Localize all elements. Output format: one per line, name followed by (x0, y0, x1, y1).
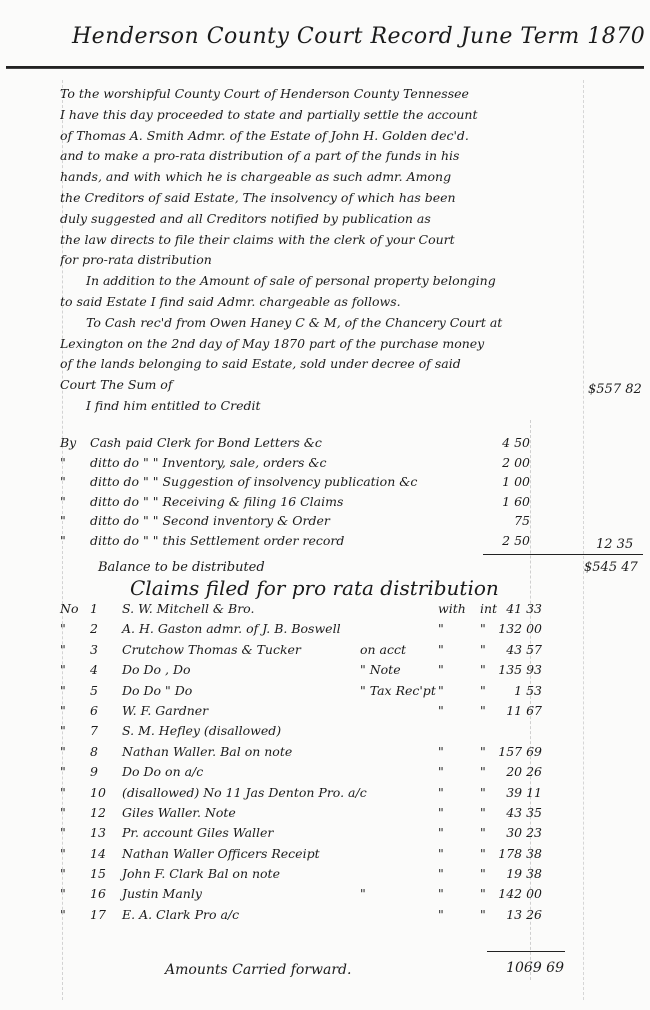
petition-line: the law directs to file their claims wit… (60, 230, 595, 251)
credit-row: " ditto do " " this Settlement order rec… (60, 533, 590, 553)
claim-row: "4Do Do , Do" Note""135 93 (60, 662, 590, 682)
claim-row: "9Do Do on a/c""20 26 (60, 764, 590, 784)
petition-line: Lexington on the 2nd day of May 1870 par… (60, 334, 595, 355)
balance-label: Balance to be distributed (98, 560, 265, 575)
claim-row: "5Do Do " Do" Tax Rec'pt""1 53 (60, 683, 590, 703)
header-double-rule (6, 66, 644, 69)
claim-row: "6W. F. Gardner""11 67 (60, 703, 590, 723)
credit-row: " ditto do " " Inventory, sale, orders &… (60, 455, 590, 475)
credits-intro: I find him entitled to Credit (60, 396, 595, 417)
petition-line: I have this day proceeded to state and p… (60, 105, 595, 126)
charge-total: $557 82 (588, 382, 642, 397)
claim-row: "16Justin Manly"""142 00 (60, 886, 590, 906)
claims-sum-rule (487, 951, 565, 952)
credit-row: " ditto do " " Second inventory & Order … (60, 513, 590, 533)
petition-line: to said Estate I find said Admr. chargea… (60, 292, 595, 313)
sum-rule (483, 554, 643, 555)
petition-line: To Cash rec'd from Owen Haney C & M, of … (60, 313, 595, 334)
petition-line: To the worshipful County Court of Hender… (60, 84, 595, 105)
claim-row: "2A. H. Gaston admr. of J. B. Boswell""1… (60, 621, 590, 641)
record-title: Henderson County Court Record June Term … (72, 24, 645, 49)
claim-row: "3Crutchow Thomas & Tuckeron acct""43 57 (60, 642, 590, 662)
claim-row: "7S. M. Hefley (disallowed) (60, 723, 590, 743)
claim-row: No1S. W. Mitchell & Bro.withint41 33 (60, 601, 590, 621)
claim-row: "17E. A. Clark Pro a/c""13 26 (60, 907, 590, 927)
petition-line: Court The Sum of (60, 375, 595, 396)
petition-line: and to make a pro-rata distribution of a… (60, 146, 595, 167)
claims-heading: Claims filed for pro rata distribution (130, 576, 499, 600)
claim-row: "13Pr. account Giles Waller""30 23 (60, 825, 590, 845)
credit-row: By Cash paid Clerk for Bond Letters &c 4… (60, 435, 590, 455)
claim-row: "10(disallowed) No 11 Jas Denton Pro. a/… (60, 785, 590, 805)
claim-row: "12Giles Waller. Note""43 35 (60, 805, 590, 825)
page-header: Henderson County Court Record June Term … (0, 0, 650, 72)
claim-row: "14Nathan Waller Officers Receipt""178 3… (60, 846, 590, 866)
petition-line: the Creditors of said Estate, The insolv… (60, 188, 595, 209)
credits-table: By Cash paid Clerk for Bond Letters &c 4… (60, 435, 590, 552)
credit-total: 12 35 (596, 537, 633, 552)
claim-row: "15John F. Clark Bal on note""19 38 (60, 866, 590, 886)
credit-row: " ditto do " " Suggestion of insolvency … (60, 474, 590, 494)
carried-forward-label: Amounts Carried forward. (165, 962, 351, 978)
credit-row: " ditto do " " Receiving & filing 16 Cla… (60, 494, 590, 514)
petition-text: To the worshipful County Court of Hender… (60, 84, 595, 417)
petition-line: of Thomas A. Smith Admr. of the Estate o… (60, 126, 595, 147)
claims-table: No1S. W. Mitchell & Bro.withint41 33 "2A… (60, 601, 590, 927)
petition-line: duly suggested and all Creditors notifie… (60, 209, 595, 230)
claim-row: "8Nathan Waller. Bal on note""157 69 (60, 744, 590, 764)
petition-line: hands, and with which he is chargeable a… (60, 167, 595, 188)
petition-line: In addition to the Amount of sale of per… (60, 271, 595, 292)
petition-line: for pro-rata distribution (60, 250, 595, 271)
carried-forward-total: 1069 69 (490, 960, 564, 976)
petition-line: of the lands belonging to said Estate, s… (60, 354, 595, 375)
balance-amount: $545 47 (584, 560, 638, 575)
